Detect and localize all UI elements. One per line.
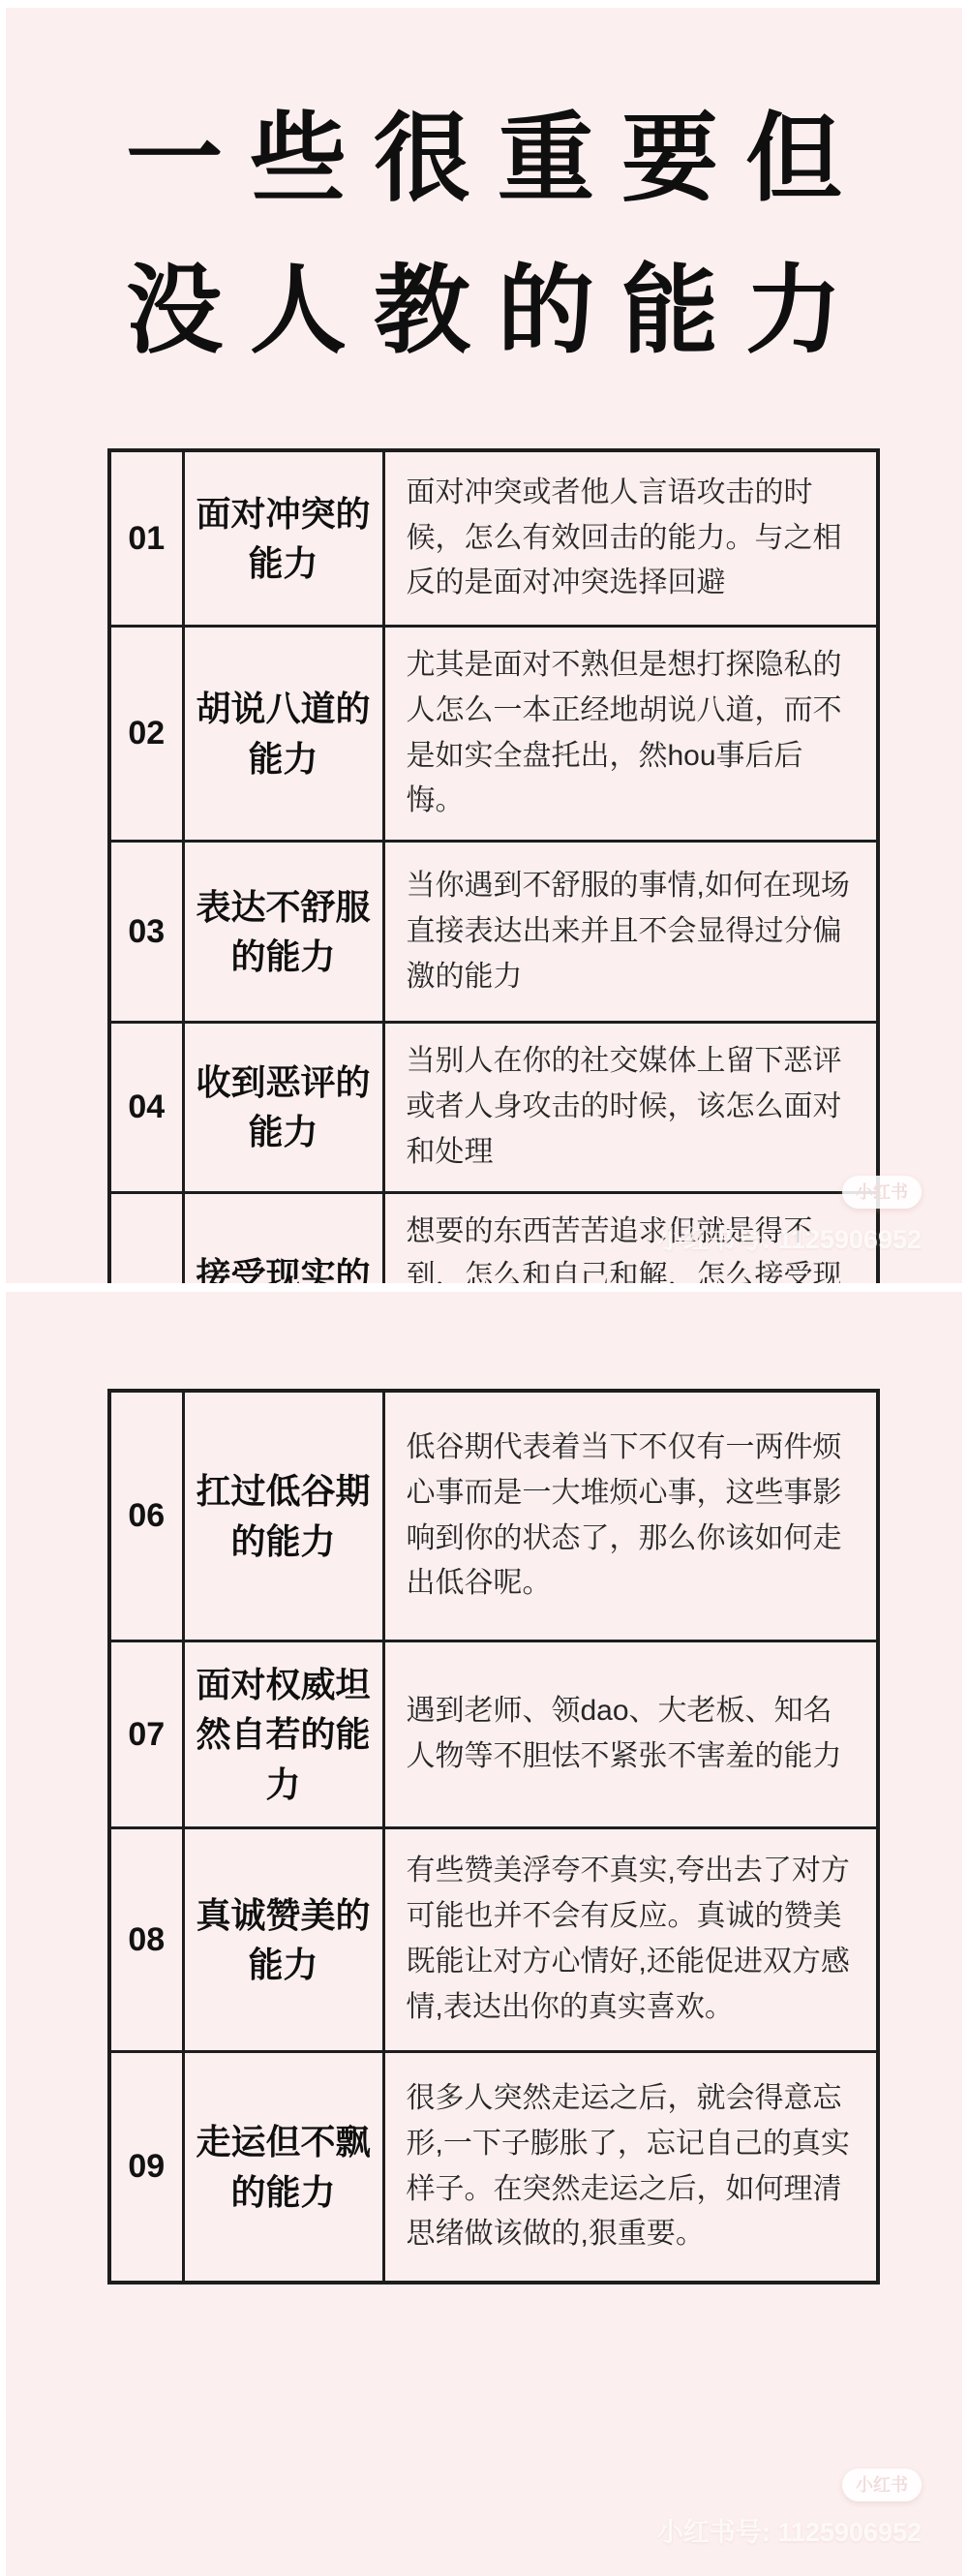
ability-desc-cell: 有些赞美浮夸不真实,夸出去了对方可能也并不会有反应。真诚的赞美既能让对方心情好,… [383,1828,878,2052]
table-row: 07 面对权威坦然自若的能力 遇到老师、领dao、大老板、知名人物等不胆怯不紧张… [109,1641,878,1828]
table-row: 04 收到恶评的能力 当别人在你的社交媒体上留下恶评或者人身攻击的时候，该怎么面… [109,1023,878,1192]
ability-number-cell: 08 [109,1828,183,2052]
screenshot-canvas: 一些很重要但 没人教的能力 01 面对冲突的能力 面对冲突或者他人言语攻击的时候… [0,0,968,2576]
table-row: 02 胡说八道的能力 尤其是面对不熟但是想打探隐私的人怎么一本正经地胡说八道，而… [109,627,878,842]
title-line-1: 一些很重要但 [6,83,962,235]
ability-title-cell: 面对冲突的能力 [183,450,383,627]
ability-number-cell: 07 [109,1641,183,1828]
ability-table-1: 01 面对冲突的能力 面对冲突或者他人言语攻击的时候，怎么有效回击的能力。与之相… [107,448,880,1410]
watermark: 小红书 小红书号: 1125906952 [657,1176,922,1256]
xiaohongshu-account-id: 小红书号: 1125906952 [657,1218,922,1256]
ability-desc-cell: 低谷期代表着当下不仅有一两件烦心事而是一大堆烦心事，这些事影响到你的状态了，那么… [383,1391,878,1641]
page-separator [0,1283,968,1292]
ability-desc-cell: 当别人在你的社交媒体上留下恶评或者人身攻击的时候，该怎么面对和处理 [383,1023,878,1192]
table-row: 08 真诚赞美的能力 有些赞美浮夸不真实,夸出去了对方可能也并不会有反应。真诚的… [109,1828,878,2052]
ability-number-cell: 03 [109,842,183,1023]
watermark: 小红书 小红书号: 1125906952 [657,2469,922,2549]
infographic-page-1: 一些很重要但 没人教的能力 01 面对冲突的能力 面对冲突或者他人言语攻击的时候… [6,8,962,1283]
xiaohongshu-account-id: 小红书号: 1125906952 [657,2511,922,2549]
title-line-2: 没人教的能力 [6,235,962,387]
ability-number-cell: 02 [109,627,183,842]
ability-number-cell: 01 [109,450,183,627]
table-row: 03 表达不舒服的能力 当你遇到不舒服的事情,如何在现场直接表达出来并且不会显得… [109,842,878,1023]
ability-title-cell: 真诚赞美的能力 [183,1828,383,2052]
table-row: 01 面对冲突的能力 面对冲突或者他人言语攻击的时候，怎么有效回击的能力。与之相… [109,450,878,627]
xiaohongshu-badge: 小红书 [842,2469,922,2501]
infographic-page-2: 06 扛过低谷期的能力 低谷期代表着当下不仅有一两件烦心事而是一大堆烦心事，这些… [6,1292,962,2576]
ability-title-cell: 表达不舒服的能力 [183,842,383,1023]
ability-title-cell: 走运但不飘的能力 [183,2052,383,2284]
table-row: 09 走运但不飘的能力 很多人突然走运之后，就会得意忘形,一下子膨胀了，忘记自己… [109,2052,878,2284]
ability-desc-cell: 很多人突然走运之后，就会得意忘形,一下子膨胀了，忘记自己的真实样子。在突然走运之… [383,2052,878,2284]
ability-desc-cell: 尤其是面对不熟但是想打探隐私的人怎么一本正经地胡说八道，而不是如实全盘托出，然h… [383,627,878,842]
ability-number-cell: 06 [109,1391,183,1641]
ability-title-cell: 面对权威坦然自若的能力 [183,1641,383,1828]
table-row: 06 扛过低谷期的能力 低谷期代表着当下不仅有一两件烦心事而是一大堆烦心事，这些… [109,1391,878,1641]
ability-title-cell: 胡说八道的能力 [183,627,383,842]
ability-number-cell: 04 [109,1023,183,1192]
ability-number-cell: 09 [109,2052,183,2284]
ability-title-cell: 收到恶评的能力 [183,1023,383,1192]
page-title: 一些很重要但 没人教的能力 [6,83,962,387]
ability-table-2: 06 扛过低谷期的能力 低谷期代表着当下不仅有一两件烦心事而是一大堆烦心事，这些… [107,1389,880,2285]
ability-title-cell: 扛过低谷期的能力 [183,1391,383,1641]
ability-desc-cell: 当你遇到不舒服的事情,如何在现场直接表达出来并且不会显得过分偏激的能力 [383,842,878,1023]
xiaohongshu-badge: 小红书 [842,1176,922,1209]
ability-desc-cell: 遇到老师、领dao、大老板、知名人物等不胆怯不紧张不害羞的能力 [383,1641,878,1828]
ability-desc-cell: 面对冲突或者他人言语攻击的时候，怎么有效回击的能力。与之相反的是面对冲突选择回避 [383,450,878,627]
